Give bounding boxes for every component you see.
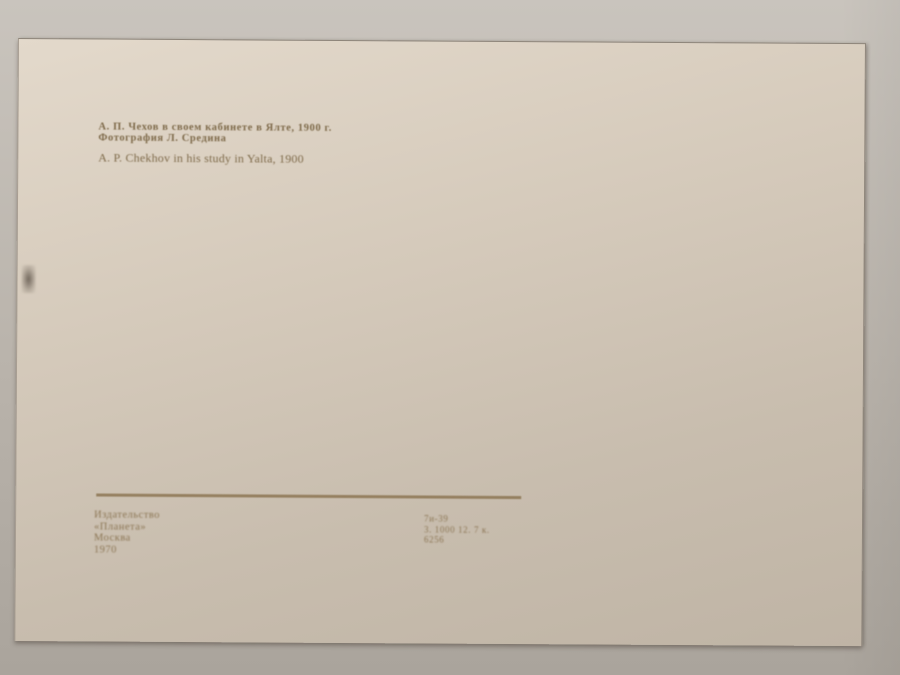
catalog-order: 6256 xyxy=(424,534,490,545)
catalog-code: 7и-39 xyxy=(424,513,490,524)
divider-rule xyxy=(96,493,521,499)
catalog-print-run: 3. 1000 12. 7 к. xyxy=(424,524,490,535)
publisher-year: 1970 xyxy=(94,544,160,556)
caption-russian-credit: Фотография Л. Средина xyxy=(98,132,332,144)
caption-english: A. P. Chekhov in his study in Yalta, 190… xyxy=(98,151,332,165)
publisher-city: Москва xyxy=(94,532,160,544)
publisher-imprint: Издательство «Планета» Москва 1970 xyxy=(94,509,160,555)
postcard-back: А. П. Чехов в своем кабинете в Ялте, 190… xyxy=(14,38,866,646)
catalog-info: 7и-39 3. 1000 12. 7 к. 6256 xyxy=(424,513,490,545)
edge-smudge xyxy=(21,265,35,293)
publisher-label: Издательство xyxy=(94,509,160,521)
photo-caption: А. П. Чехов в своем кабинете в Ялте, 190… xyxy=(98,121,332,165)
publisher-name: «Планета» xyxy=(94,521,160,533)
